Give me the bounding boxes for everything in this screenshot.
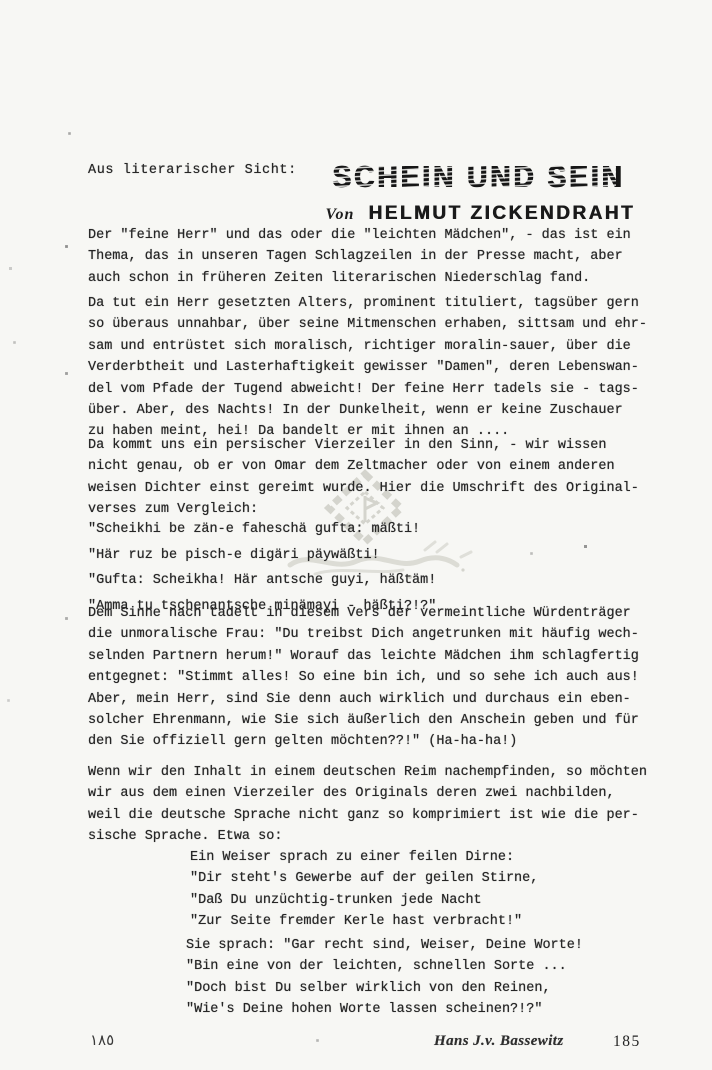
scanned-document-page: Aus literarischer Sicht: SCHEIN UND SEIN…	[0, 0, 712, 1070]
paragraph-nachbildung: Wenn wir den Inhalt in einem deutschen R…	[88, 762, 658, 848]
footer-author-credit: Hans J.v. Bassewitz	[434, 1033, 564, 1050]
footer-arabic-page-numerals: ١٨٥	[90, 1031, 114, 1049]
paragraph-herr: Da tut ein Herr gesetzten Alters, promin…	[88, 293, 658, 443]
paragraph-deutung: Dem Sinne nach tadelt in diesem Vers der…	[88, 603, 658, 753]
byline: VonHELMUT ZICKENDRAHT	[0, 203, 635, 225]
german-verse-1: Ein Weiser sprach zu einer feilen Dirne:…	[190, 847, 660, 933]
scan-noise-specks	[0, 0, 1, 1]
footer-page-number: 185	[613, 1033, 641, 1051]
paragraph-vierzeiler: Da kommt uns ein persischer Vierzeiler i…	[88, 435, 658, 521]
paragraph-intro: Der "feine Herr" und das oder die "leich…	[88, 225, 658, 289]
kicker-line: Aus literarischer Sicht:	[88, 160, 297, 181]
page-title: SCHEIN UND SEIN	[332, 161, 624, 193]
german-verse-2: Sie sprach: "Gar recht sind, Weiser, Dei…	[186, 935, 666, 1021]
byline-prefix: Von	[326, 206, 355, 223]
byline-author-name: HELMUT ZICKENDRAHT	[368, 203, 635, 224]
